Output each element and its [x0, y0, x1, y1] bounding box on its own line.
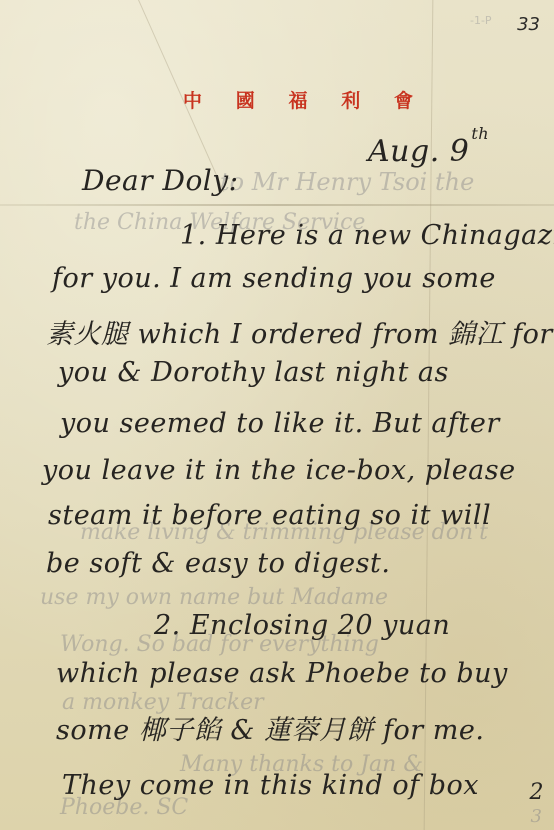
body-line: you seemed to like it. But after [60, 408, 500, 439]
body-line: which please ask Phoebe to buy [56, 658, 508, 689]
bleed-through-text: to Mr Henry Tsoi the [220, 168, 474, 196]
date-suffix: th [471, 124, 489, 143]
bleed-through-text: use my own name but Madame [40, 585, 388, 610]
body-line: you & Dorothy last night as [58, 357, 449, 388]
body-line: They come in this kind of box [62, 770, 479, 801]
date-text: Aug. 9 [368, 134, 469, 169]
archive-stamp-ghost: -1-P [470, 14, 516, 60]
body-line: you leave it in the ice-box, please [42, 455, 516, 486]
fold-line [0, 204, 554, 206]
body-line: 2. Enclosing 20 yuan [154, 610, 450, 641]
letter-date: Aug. 9th [368, 124, 489, 169]
letterhead-char: 國 [236, 86, 255, 113]
body-line: some 椰子餡 & 蓮蓉月餅 for me. [56, 708, 484, 747]
letterhead-char: 中 [183, 86, 202, 113]
letterhead-char: 利 [341, 86, 360, 113]
body-line: steam it before eating so it will [48, 500, 491, 531]
letterhead-char: 福 [288, 86, 307, 113]
body-line: be soft & easy to digest. [46, 548, 390, 579]
archive-number: 33 [517, 14, 540, 35]
body-line: for you. I am sending you some [52, 263, 496, 294]
letter-page: -1-P 33 中 國 福 利 會 to Mr Henry Tsoi the t… [0, 0, 554, 830]
page-marker: 2 [530, 780, 545, 805]
body-line: 素火腿 which I ordered from 錦江 for [46, 312, 553, 351]
letterhead-char: 會 [394, 86, 413, 113]
page-marker-ghost: 3 [531, 806, 542, 827]
body-line: 1. Here is a new Chinagazine [180, 220, 554, 251]
salutation: Dear Doly: [82, 164, 239, 197]
letterhead: 中 國 福 利 會 [183, 86, 413, 113]
